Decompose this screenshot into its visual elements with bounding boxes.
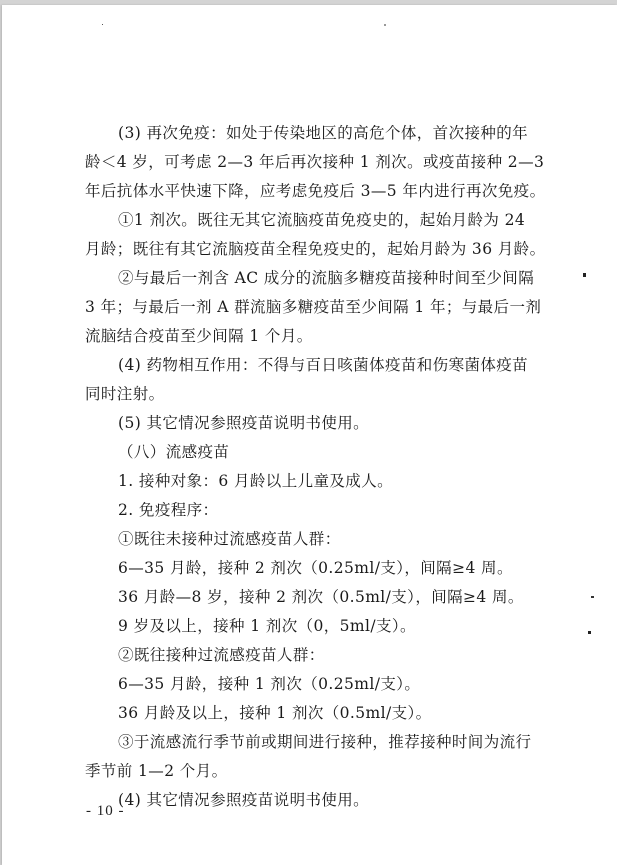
section-heading-influenza: （八）流感疫苗 [118, 442, 229, 462]
dose-9y-plus-naive: 9 岁及以上，接种 1 剂次（0，5ml/支）。 [118, 616, 416, 636]
paragraph-drug-interaction: (4) 药物相互作用：不得与百日咳菌体疫苗和伤寒菌体疫苗 [118, 355, 528, 375]
item-season-timing: ③于流感流行季节前或期间进行接种，推荐接种时间为流行 [118, 732, 531, 752]
scan-speck [384, 24, 386, 26]
scan-speck [588, 631, 591, 634]
item-season-timing-cont: 季节前 1—2 个月。 [85, 761, 227, 781]
dose-36m-8y-naive: 36 月龄—8 岁，接种 2 剂次（0.5ml/支），间隔≥4 周。 [118, 587, 524, 607]
page-number: - 10 - [86, 803, 125, 820]
subheading-previously-vaccinated: ②既往接种过流感疫苗人群： [118, 645, 325, 665]
item-interval-cont-2: 流脑结合疫苗至少间隔 1 个月。 [85, 326, 313, 346]
scan-speck [583, 273, 586, 277]
item-target-population: 1. 接种对象：6 月龄以上儿童及成人。 [118, 471, 393, 491]
dose-6-35-months-naive: 6—35 月龄，接种 2 剂次（0.25ml/支），间隔≥4 周。 [118, 558, 513, 578]
dose-6-35-months-prior: 6—35 月龄，接种 1 剂次（0.25ml/支）。 [118, 674, 420, 694]
dose-36m-plus-prior: 36 月龄及以上，接种 1 剂次（0.5ml/支）。 [118, 703, 432, 723]
item-interval: ②与最后一剂含 AC 成分的流脑多糖疫苗接种时间至少间隔 [118, 268, 534, 288]
paragraph-revaccination-heading: (3) 再次免疫：如处于传染地区的高危个体，首次接种的年 [118, 123, 528, 143]
scan-speck [591, 596, 594, 598]
item-one-dose: ①1 剂次。既往无其它流脑疫苗免疫史的，起始月龄为 24 [118, 210, 525, 230]
item-interval-cont-1: 3 年；与最后一剂 A 群流脑多糖疫苗至少间隔 1 年；与最后一剂 [85, 297, 541, 317]
paragraph-revaccination-cont-1: 龄＜4 岁，可考虑 2—3 年后再次接种 1 剂次。或疫苗接种 2—3 [85, 152, 544, 172]
paragraph-other-conditions: (5) 其它情况参照疫苗说明书使用。 [118, 413, 369, 433]
document-page: (3) 再次免疫：如处于传染地区的高危个体，首次接种的年 龄＜4 岁，可考虑 2… [2, 5, 617, 865]
paragraph-other-conditions-influenza: (4) 其它情况参照疫苗说明书使用。 [118, 790, 369, 810]
item-one-dose-cont: 月龄；既往有其它流脑疫苗全程免疫史的，起始月龄为 36 月龄。 [85, 239, 545, 259]
scan-speck [102, 24, 103, 25]
paragraph-revaccination-cont-2: 年后抗体水平快速下降，应考虑免疫后 3—5 年内进行再次免疫。 [85, 181, 545, 201]
paragraph-drug-interaction-cont: 同时注射。 [85, 384, 165, 404]
subheading-not-vaccinated: ①既往未接种过流感疫苗人群： [118, 529, 341, 549]
item-schedule-heading: 2. 免疫程序： [118, 500, 218, 520]
